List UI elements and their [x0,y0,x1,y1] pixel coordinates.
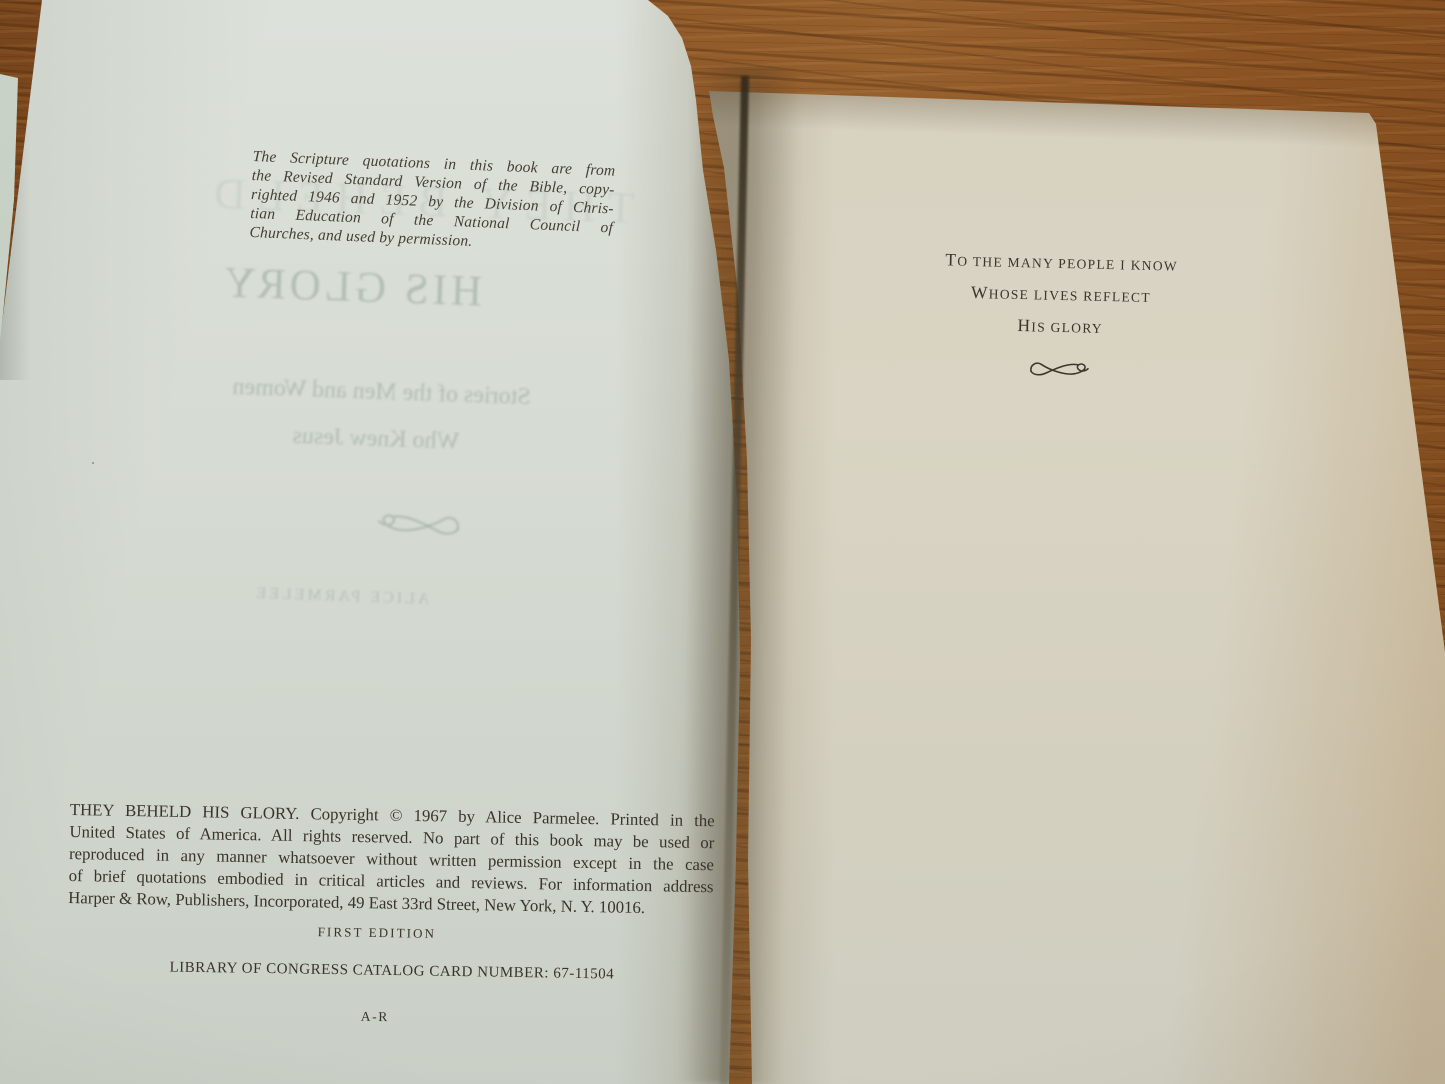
ghost-subtitle-line1: Stories of the Men and Women [151,371,612,414]
ghost-title-line2: HIS GLORY [120,255,581,320]
paper-speck [92,462,94,464]
scripture-permission-notice: The Scripture quotations in this book ar… [249,147,616,256]
dedication-block: TO THE MANY PEOPLE I KNOW WHOSE LIVES RE… [890,243,1231,391]
book-photo: THEY BEHELD HIS GLORY Stories of the Men… [0,0,1445,1084]
paper-speck [13,204,16,207]
ghost-subtitle-line2: Who Knew Jesus [146,418,607,461]
ghost-author-name: ALICE PARMELEE [111,580,571,614]
copyright-notice: THEY BEHELD HIS GLORY. Copyright © 1967 … [68,799,715,920]
dedication-line: HIS GLORY [891,307,1230,347]
